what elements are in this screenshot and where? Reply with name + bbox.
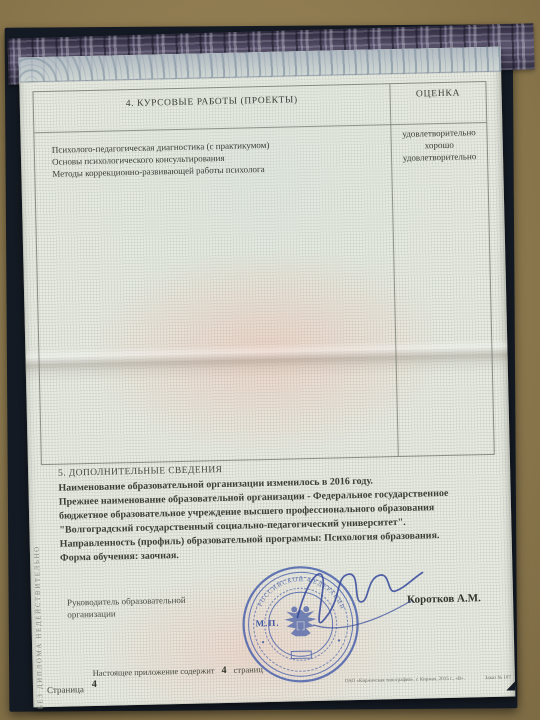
grade-value: удовлетворительно bbox=[392, 150, 487, 164]
contains-suffix: страниц bbox=[233, 664, 262, 675]
photo-scene: 4. КУРСОВЫЕ РАБОТЫ (ПРОЕКТЫ) ОЦЕНКА Псих… bbox=[0, 0, 540, 720]
diploma-supplement-page: 4. КУРСОВЫЕ РАБОТЫ (ПРОЕКТЫ) ОЦЕНКА Псих… bbox=[19, 47, 516, 708]
contains-prefix: Настоящее приложение содержит bbox=[93, 665, 215, 678]
page-corner-notch bbox=[506, 681, 515, 690]
stamp-mp-mark: М.П. bbox=[255, 618, 279, 629]
grade-list: удовлетворительно хорошо удовлетворитель… bbox=[391, 126, 487, 164]
handwritten-signature bbox=[282, 548, 434, 651]
pages-count: 4 bbox=[221, 665, 226, 676]
page-number-line: Страница4 bbox=[47, 684, 97, 696]
table-header-grade: ОЦЕНКА bbox=[391, 88, 486, 100]
pages-contains-line: Настоящее приложение содержит4страниц bbox=[93, 664, 263, 679]
coursework-table: 4. КУРСОВЫЕ РАБОТЫ (ПРОЕКТЫ) ОЦЕНКА Псих… bbox=[32, 81, 494, 465]
page-label: Страница bbox=[47, 684, 84, 695]
page-number: 4 bbox=[92, 679, 97, 690]
table-header-courses: 4. КУРСОВЫЕ РАБОТЫ (ПРОЕКТЫ) bbox=[34, 93, 390, 111]
signatory-role-label: Руководитель образовательной организации bbox=[67, 593, 208, 620]
order-number: Заказ № 107 bbox=[471, 676, 511, 682]
security-edge-text: БЕЗ ДИПЛОМА НЕДЕЙСТВИТЕЛЬНО bbox=[32, 533, 44, 709]
course-list: Психолого-педагогическая диагностика (с … bbox=[52, 136, 383, 179]
grade-value: удовлетворительно bbox=[391, 126, 486, 140]
